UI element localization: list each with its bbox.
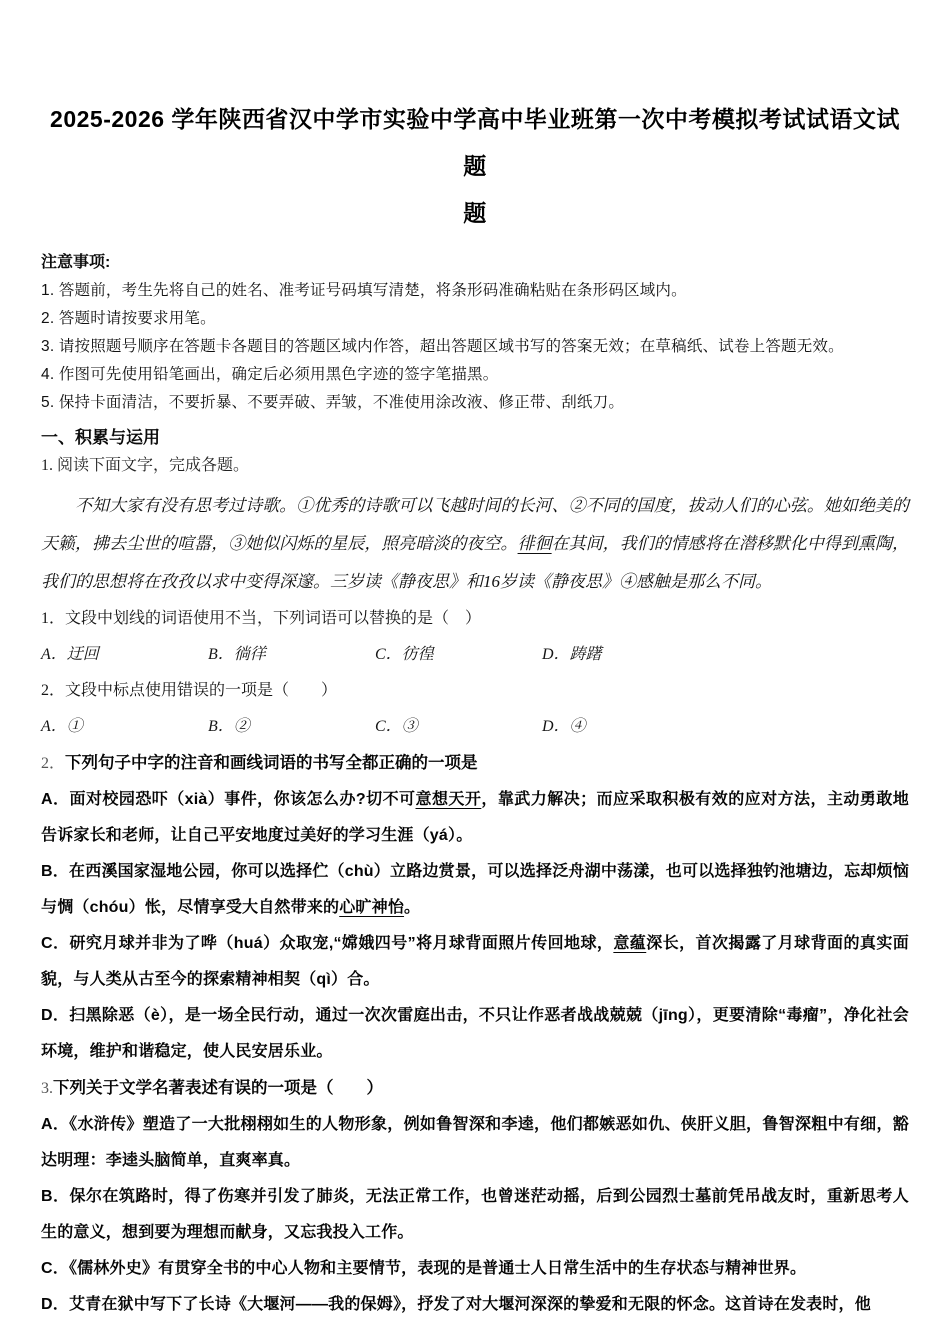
option-label: B． — [41, 863, 69, 880]
option-text: 扫黑除恶（è），是一场全民行动，通过一次次雷庭出击，不只让作恶者战战兢兢（jīn… — [41, 1007, 909, 1060]
notice-item-5: 5. 保持卡面清洁，不要折暴、不要弄破、弄皱，不准使用涂改液、修正带、刮纸刀。 — [41, 389, 909, 417]
option-d: D．④ — [542, 709, 586, 745]
question-2-number: 2． — [41, 755, 65, 772]
option-label: A． — [41, 791, 69, 808]
option-c: C．彷徨 — [375, 637, 542, 673]
question-3-stem: 3.下列关于文学名著表述有误的一项是（ ） — [41, 1070, 909, 1107]
notice-heading: 注意事项: — [41, 249, 909, 277]
option-c: C．③ — [375, 709, 542, 745]
question-2-option-d: D．扫黑除恶（è），是一场全民行动，通过一次次雷庭出击，不只让作恶者战战兢兢（j… — [41, 998, 909, 1070]
question-2-option-c: C．研究月球并非为了哗（huá）众取宠,“嫦娥四号”将月球背面照片传回地球，意蕴… — [41, 926, 909, 998]
option-label: D． — [41, 1007, 69, 1024]
question-3-option-b: B．保尔在筑路时，得了伤寒并引发了肺炎，无法正常工作，也曾迷茫动摇，后到公园烈士… — [41, 1179, 909, 1251]
passage-underlined-word: 徘徊 — [518, 534, 552, 553]
question-3-option-d: D．艾青在狱中写下了长诗《大堰河——我的保姆》，抒发了对大堰河深深的挚爱和无限的… — [41, 1287, 909, 1323]
sub-question-1-stem: 1．文段中划线的词语使用不当，下列词语可以替换的是（ ） — [41, 601, 909, 637]
option-text: 面对校园恐吓（xià）事件，你该怎么办?切不可 — [69, 791, 415, 808]
question-2-text: 下列句子中字的注音和画线词语的书写全都正确的一项是 — [65, 754, 478, 772]
question-3-number: 3. — [41, 1080, 53, 1097]
option-d: D．踌躇 — [542, 637, 602, 673]
option-text: 在西溪国家湿地公园，你可以选择伫（chù）立路边赏景，可以选择泛舟湖中荡漾，也可… — [41, 863, 909, 916]
question-3-option-a: A．《水浒传》塑造了一大批栩栩如生的人物形象，例如鲁智深和李逵，他们都嫉恶如仇、… — [41, 1107, 909, 1179]
option-label: C． — [41, 935, 69, 952]
option-text: 研究月球并非为了哗（huá）众取宠,“嫦娥四号”将月球背面照片传回地球， — [69, 935, 613, 952]
option-text: 。 — [404, 899, 420, 916]
sub-question-1-options: A．迂回 B．徜徉 C．彷徨 D．踌躇 — [41, 637, 909, 673]
notice-item-4: 4. 作图可先使用铅笔画出，确定后必须用黑色字迹的签字笔描黑。 — [41, 361, 909, 389]
question-3-text: 下列关于文学名著表述有误的一项是（ ） — [53, 1079, 383, 1097]
option-a: A．迂回 — [41, 637, 208, 673]
question-2-stem: 2．下列句子中字的注音和画线词语的书写全都正确的一项是 — [41, 745, 909, 782]
questions-block: 1．文段中划线的词语使用不当，下列词语可以替换的是（ ） A．迂回 B．徜徉 C… — [41, 601, 909, 1323]
exam-title-line1: 2025-2026 学年陕西省汉中学市实验中学高中毕业班第一次中考模拟考试试语文… — [41, 96, 909, 190]
option-b: B．② — [208, 709, 375, 745]
option-a: A．① — [41, 709, 208, 745]
option-underlined-text: 心旷神怡 — [339, 899, 404, 916]
reading-passage: 不知大家有没有思考过诗歌。①优秀的诗歌可以飞越时间的长河、②不同的国度，拔动人们… — [41, 487, 909, 601]
notice-list: 1. 答题前，考生先将自己的姓名、准考证号码填写清楚，将条形码准确粘贴在条形码区… — [41, 277, 909, 417]
notice-item-1: 1. 答题前，考生先将自己的姓名、准考证号码填写清楚，将条形码准确粘贴在条形码区… — [41, 277, 909, 305]
question-1-intro: 1. 阅读下面文字，完成各题。 — [41, 455, 909, 477]
exam-title: 2025-2026 学年陕西省汉中学市实验中学高中毕业班第一次中考模拟考试试语文… — [41, 96, 909, 237]
option-underlined-text: 意想天开 — [416, 791, 482, 808]
option-underlined-text: 意蕴 — [613, 935, 646, 952]
exam-page: 2025-2026 学年陕西省汉中学市实验中学高中毕业班第一次中考模拟考试试语文… — [0, 0, 950, 1344]
section-1-heading: 一、积累与运用 — [41, 427, 909, 449]
exam-title-line2: 题 — [41, 190, 909, 237]
notice-item-2: 2. 答题时请按要求用笔。 — [41, 305, 909, 333]
sub-question-2-options: A．① B．② C．③ D．④ — [41, 709, 909, 745]
question-2-option-a: A．面对校园恐吓（xià）事件，你该怎么办?切不可意想天开，靠武力解决；而应采取… — [41, 782, 909, 854]
sub-question-2-stem: 2．文段中标点使用错误的一项是（ ） — [41, 673, 909, 709]
question-2-option-b: B．在西溪国家湿地公园，你可以选择伫（chù）立路边赏景，可以选择泛舟湖中荡漾，… — [41, 854, 909, 926]
question-3-option-c: C．《儒林外史》有贯穿全书的中心人物和主要情节，表现的是普通士人日常生活中的生存… — [41, 1251, 909, 1287]
notice-item-3: 3. 请按照题号顺序在答题卡各题目的答题区域内作答，超出答题区域书写的答案无效；… — [41, 333, 909, 361]
option-b: B．徜徉 — [208, 637, 375, 673]
